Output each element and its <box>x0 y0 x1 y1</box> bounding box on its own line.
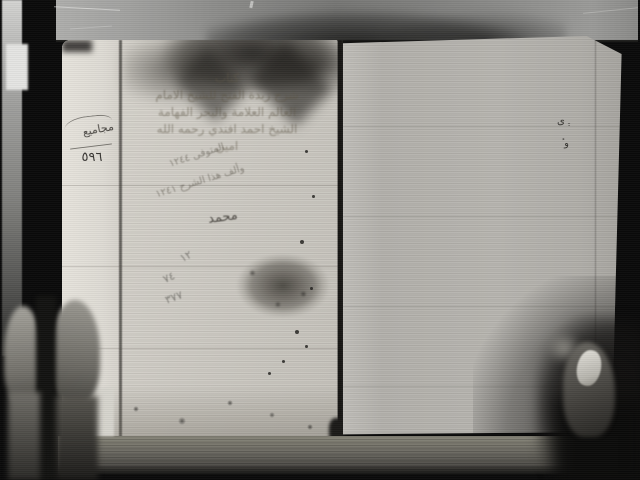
book-top-edge-band <box>56 0 638 42</box>
wormhole-speck <box>295 330 299 334</box>
wormhole-speck <box>282 360 285 363</box>
pencil-number: ١٢ <box>178 248 195 265</box>
finger-left-inner <box>50 300 100 404</box>
wormhole-speck <box>305 150 308 153</box>
wormhole-speck <box>305 345 308 348</box>
owner-signature: محمد <box>207 208 239 227</box>
margin-ink-mark: ـٜ ى <box>557 116 570 127</box>
title-line: العالم العلامة والبحر الفهامة <box>120 104 334 121</box>
pencil-number: ٧٤ <box>161 269 177 286</box>
margin-ink-mark: و ٔ <box>561 138 569 149</box>
marginal-note: وألف هذا الشرح ١٢٤١ <box>154 163 245 200</box>
manuscript-photograph: كتاب شرح زبدة الفتح للشيخ الامام العالم … <box>0 0 640 480</box>
finger-left-outer-lower <box>8 392 40 480</box>
title-inscription: كتاب شرح زبدة الفتح للشيخ الامام العالم … <box>120 70 334 155</box>
scratch-line <box>343 126 623 127</box>
scratch-line <box>62 348 338 349</box>
shelfmark-number: ٥٩٦ <box>70 150 114 165</box>
wormhole-speck <box>268 372 271 375</box>
scratch-line <box>343 216 623 217</box>
title-line: الشيخ احمد افندي رحمه الله <box>120 121 334 138</box>
book-board-chip <box>6 44 28 90</box>
title-line: امين <box>120 138 334 155</box>
title-line: شرح زبدة الفتح للشيخ الامام <box>120 87 334 104</box>
finger-left-inner-lower <box>56 396 98 480</box>
bottom-shadow-fade <box>58 466 618 480</box>
title-line: كتاب <box>120 70 334 87</box>
left-page: كتاب شرح زبدة الفتح للشيخ الامام العالم … <box>62 40 338 437</box>
seal-stamp-icon <box>232 252 334 322</box>
ink-stain <box>62 40 92 52</box>
wormhole-speck <box>300 240 304 244</box>
gutter-fold <box>337 40 343 438</box>
wormhole-speck <box>312 195 315 198</box>
pencil-number: ٣٧٧ <box>163 288 184 306</box>
wormhole-speck <box>310 287 313 290</box>
